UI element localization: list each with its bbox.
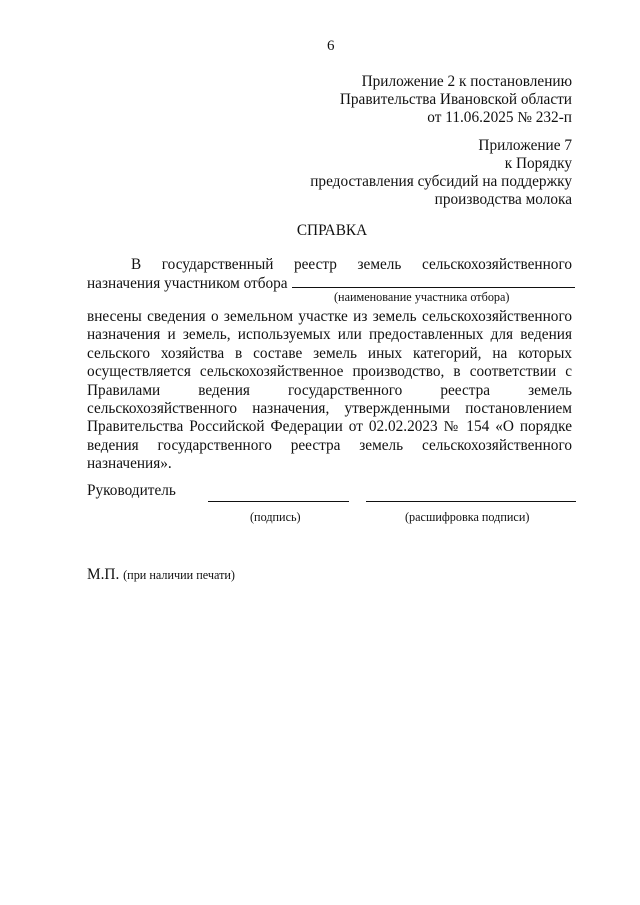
header-line: Правительства Ивановской области: [340, 91, 572, 109]
stamp-placeholder: М.П. (при наличии печати): [87, 566, 235, 584]
header-line: предоставления субсидий на поддержку: [310, 173, 572, 191]
paragraph-line: назначения и земель, используемых или пр…: [87, 326, 572, 344]
paragraph-line: осуществляется сельскохозяйственное прои…: [87, 363, 572, 381]
participant-name-caption: (наименование участника отбора): [334, 290, 509, 305]
paragraph-line: назначения».: [87, 455, 572, 473]
appendix-header-procedure: Приложение 7 к Порядку предоставления су…: [310, 137, 572, 209]
page-number: 6: [327, 38, 335, 55]
participant-name-blank[interactable]: [292, 274, 575, 288]
paragraph-line: сельского хозяйства в составе земель ины…: [87, 345, 572, 363]
signature-decoding-caption: (расшифровка подписи): [405, 510, 529, 525]
signatory-role: Руководитель: [87, 482, 176, 500]
paragraph-line: В государственный реестр земель сельскох…: [87, 256, 572, 274]
document-title: СПРАВКА: [0, 222, 640, 240]
paragraph-line: Правительства Российской Федерации от 02…: [87, 418, 572, 436]
signature-caption: (подпись): [250, 510, 301, 525]
paragraph-line: сельскохозяйственного назначения, утверж…: [87, 400, 572, 418]
paragraph-line: Правилами ведения государственного реест…: [87, 382, 572, 400]
header-line: Приложение 7: [310, 137, 572, 155]
paragraph-line-prefix: назначения участником отбора: [87, 275, 288, 292]
header-line: Приложение 2 к постановлению: [340, 73, 572, 91]
paragraph-line: внесены сведения о земельном участке из …: [87, 308, 572, 326]
appendix-header-resolution: Приложение 2 к постановлению Правительст…: [340, 73, 572, 127]
paragraph-intro: В государственный реестр земель сельскох…: [87, 256, 572, 293]
header-line: от 11.06.2025 № 232-п: [340, 109, 572, 127]
signature-blank[interactable]: [208, 501, 349, 502]
paragraph-body: внесены сведения о земельном участке из …: [87, 308, 572, 474]
stamp-label: М.П.: [87, 566, 119, 583]
stamp-note: (при наличии печати): [123, 568, 235, 582]
paragraph-line: ведения государственного реестра земель …: [87, 437, 572, 455]
header-line: к Порядку: [310, 155, 572, 173]
signature-decoding-blank[interactable]: [366, 501, 576, 502]
header-line: производства молока: [310, 191, 572, 209]
